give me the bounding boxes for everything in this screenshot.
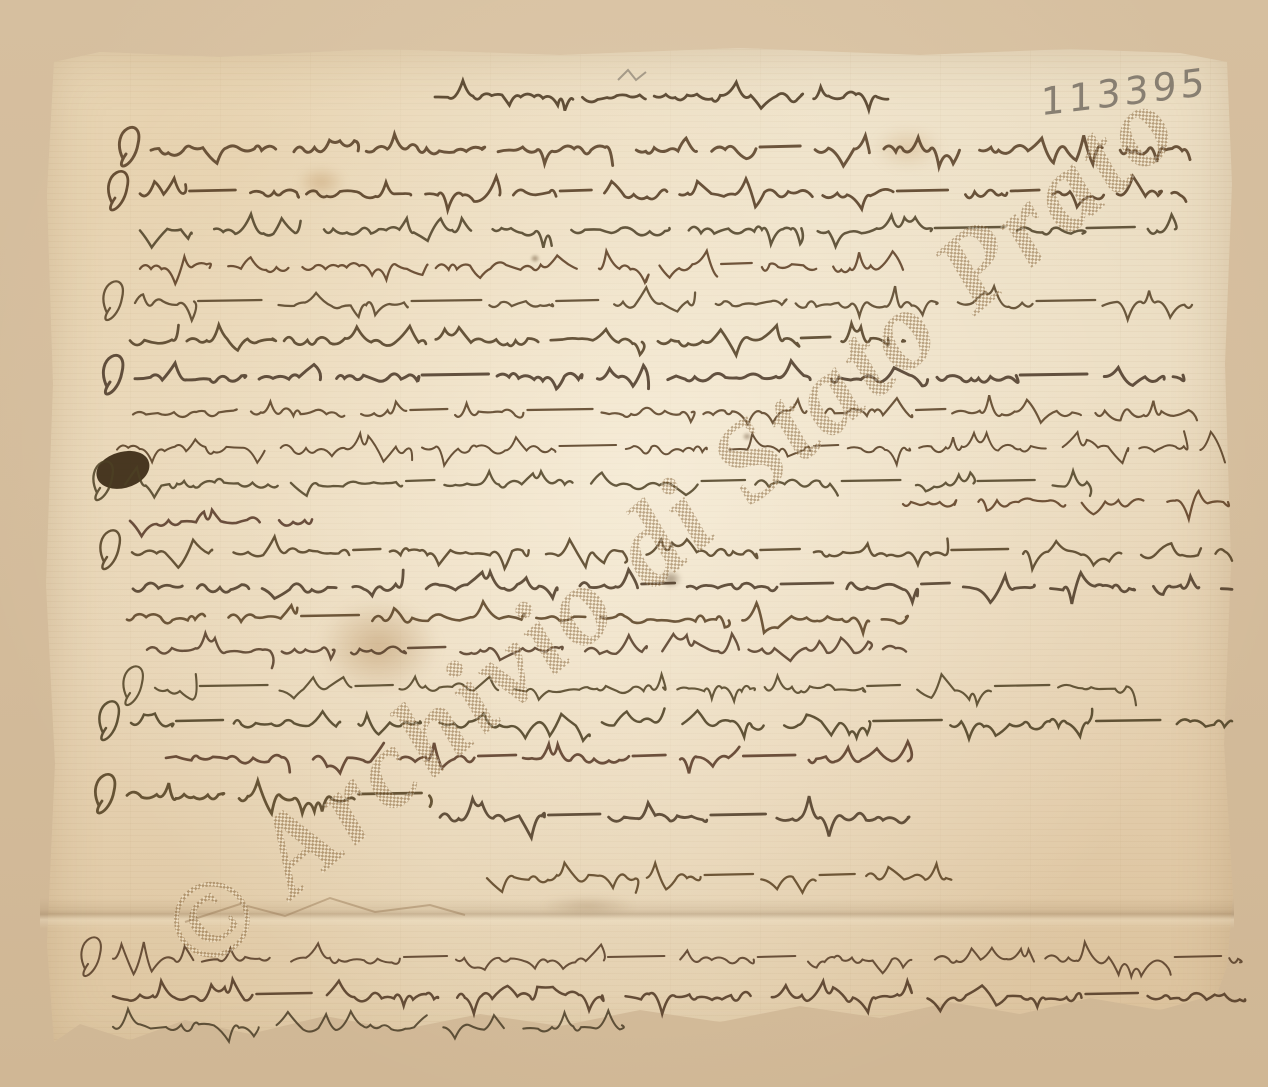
manuscript-paper xyxy=(40,44,1234,1058)
scanned-document-page: 113395 © Archivio di Stato Prato xyxy=(0,0,1268,1087)
